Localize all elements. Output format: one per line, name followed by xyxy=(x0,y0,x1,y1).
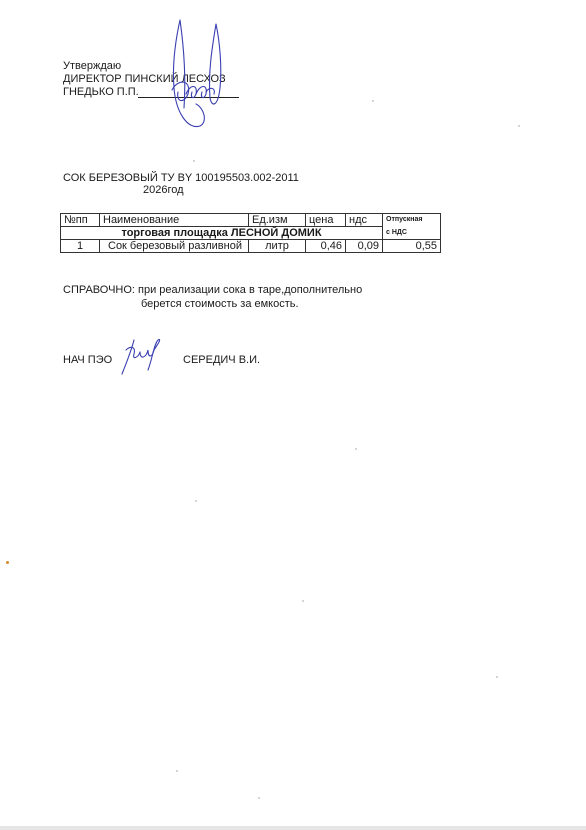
footer-name: СЕРЕДИЧ В.И. xyxy=(183,354,260,367)
table-header-row: №пп Наименование Ед.изм цена ндс Отпускн… xyxy=(61,214,441,227)
scan-speck xyxy=(6,561,9,564)
row-name: Сок березовый разливной xyxy=(100,240,249,253)
row-retail: 0,55 xyxy=(383,240,441,253)
header-unit: Ед.изм xyxy=(249,214,306,227)
scan-speck xyxy=(518,125,520,127)
document-year: 2026год xyxy=(143,184,184,197)
row-vat: 0,09 xyxy=(346,240,383,253)
scan-speck xyxy=(258,797,260,799)
approval-name: ГНЕДЬКО П.П. xyxy=(63,86,139,99)
page-edge xyxy=(0,826,586,830)
scan-speck xyxy=(355,448,357,450)
footer-position: НАЧ ПЭО xyxy=(63,354,112,367)
row-number: 1 xyxy=(61,240,100,253)
table-section-row: торговая площадка ЛЕСНОЙ ДОМИК с НДС xyxy=(61,227,441,240)
economist-signature-icon xyxy=(118,336,166,376)
note-line-2: берется стоимость за емкость. xyxy=(141,298,299,311)
scan-speck xyxy=(372,100,374,102)
price-table: №пп Наименование Ед.изм цена ндс Отпускн… xyxy=(60,213,441,253)
scan-speck xyxy=(195,500,197,502)
scan-speck xyxy=(176,770,178,772)
header-retail-line1: Отпускная xyxy=(383,214,441,227)
row-unit: литр xyxy=(249,240,306,253)
document-page: Утверждаю ДИРЕКТОР ПИНСКИЙ ЛЕСХОЗ ГНЕДЬК… xyxy=(0,0,586,826)
approval-label: Утверждаю xyxy=(63,60,121,73)
director-signature-icon xyxy=(158,18,238,136)
header-retail-line2: с НДС xyxy=(383,227,441,240)
section-title: торговая площадка ЛЕСНОЙ ДОМИК xyxy=(61,227,383,240)
header-vat: ндс xyxy=(346,214,383,227)
header-number: №пп xyxy=(61,214,100,227)
scan-speck xyxy=(193,160,195,162)
row-price: 0,46 xyxy=(306,240,346,253)
table-row: 1 Сок березовый разливной литр 0,46 0,09… xyxy=(61,240,441,253)
header-name: Наименование xyxy=(100,214,249,227)
scan-speck xyxy=(496,676,498,678)
scan-speck xyxy=(302,600,304,602)
header-price: цена xyxy=(306,214,346,227)
note-line-1: СПРАВОЧНО: при реализации сока в таре,до… xyxy=(63,284,362,297)
